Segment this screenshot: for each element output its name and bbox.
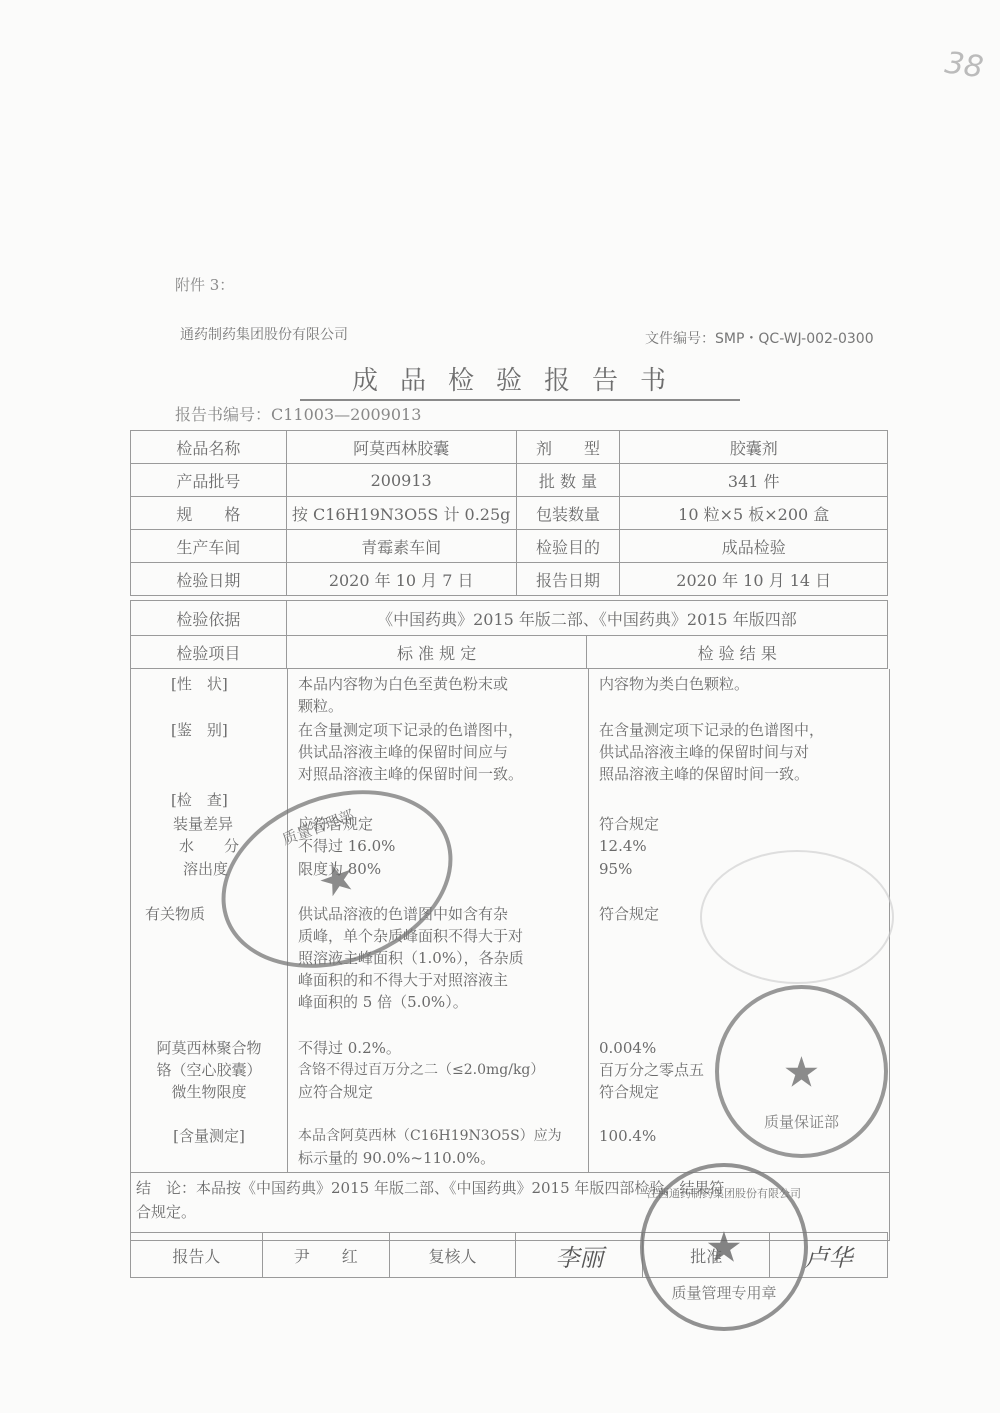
- value-batch-number: 200913: [286, 464, 516, 497]
- attachment-label: 附件 3：: [175, 274, 234, 295]
- star-icon: ★: [783, 1047, 821, 1096]
- std-identification-2: 供试品溶液主峰的保留时间应与: [298, 741, 508, 763]
- value-product-name: 阿莫西林胶囊: [286, 431, 516, 464]
- item-appearance: [性 状]: [131, 673, 287, 695]
- item-assay: [含量测定]: [131, 1125, 287, 1147]
- table-header-row: 检验项目 标 准 规 定 检 验 结 果: [131, 636, 888, 669]
- label-batch-number: 产品批号: [131, 464, 287, 497]
- res-chromium: 百万分之零点五: [599, 1059, 704, 1081]
- value-test-basis: 《中国药典》2015 年版二部、《中国药典》2015 年版四部: [286, 601, 887, 636]
- std-identification-1: 在含量测定项下记录的色谱图中，: [298, 719, 523, 741]
- std-microbial: 应符合规定: [298, 1081, 373, 1103]
- label-specification: 规 格: [131, 497, 287, 530]
- qa-dept-stamp: ★ 质量保证部: [715, 985, 888, 1158]
- value-report-date: 2020 年 10 月 14 日: [620, 563, 888, 596]
- std-chromium: 含铬不得过百万分之二（≤2.0mg/kg）: [298, 1059, 544, 1081]
- res-identification-1: 在含量测定项下记录的色谱图中，: [599, 719, 824, 741]
- item-microbial: 微生物限度: [131, 1081, 287, 1103]
- label-dosage-form: 剂 型: [516, 431, 620, 464]
- std-assay-1: 本品含阿莫西林（C16H19N3O5S）应为: [298, 1125, 562, 1147]
- res-appearance: 内容物为类白色颗粒。: [599, 673, 749, 695]
- reviewer-label: 复核人: [389, 1233, 516, 1278]
- reviewer-signature: 李丽: [516, 1233, 643, 1278]
- res-related: 符合规定: [599, 903, 659, 925]
- item-identification: [鉴 别]: [131, 719, 287, 741]
- table-row: 检验日期 2020 年 10 月 7 日 报告日期 2020 年 10 月 14…: [131, 563, 888, 596]
- res-polymer: 0.004%: [599, 1037, 656, 1059]
- label-purpose: 检验目的: [516, 530, 620, 563]
- quality-seal-stamp: ★ 江西通药制药集团股份有限公司 质量管理专用章: [640, 1163, 808, 1331]
- res-water: 12.4%: [599, 835, 647, 857]
- std-related-4: 峰面积的和不得大于对照溶液主: [298, 969, 508, 991]
- res-assay: 100.4%: [599, 1125, 656, 1147]
- label-batch-quantity: 批 数 量: [516, 464, 620, 497]
- reporter-label: 报告人: [131, 1233, 263, 1278]
- header-result: 检 验 结 果: [587, 636, 888, 669]
- table-row: 检品名称 阿莫西林胶囊 剂 型 胶囊剂: [131, 431, 888, 464]
- basis-table: 检验依据 《中国药典》2015 年版二部、《中国药典》2015 年版四部 检验项…: [130, 600, 888, 669]
- value-package-quantity: 10 粒×5 板×200 盒: [620, 497, 888, 530]
- res-fill-variation: 符合规定: [599, 813, 659, 835]
- page-number-handwritten: 38: [943, 46, 986, 86]
- star-icon: ★: [311, 850, 363, 909]
- table-row: 产品批号 200913 批 数 量 341 件: [131, 464, 888, 497]
- label-test-date: 检验日期: [131, 563, 287, 596]
- table-row: 生产车间 青霉素车间 检验目的 成品检验: [131, 530, 888, 563]
- res-identification-2: 供试品溶液主峰的保留时间与对: [599, 741, 809, 763]
- header-standard: 标 准 规 定: [286, 636, 587, 669]
- std-related-5: 峰面积的 5 倍（5.0%）。: [298, 991, 468, 1013]
- value-dosage-form: 胶囊剂: [620, 431, 888, 464]
- header-test-item: 检验项目: [131, 636, 287, 669]
- label-product-name: 检品名称: [131, 431, 287, 464]
- std-polymer: 不得过 0.2%。: [298, 1037, 401, 1059]
- document-number: 文件编号：SMP・QC-WJ-002-0300: [645, 328, 874, 348]
- res-dissolution: 95%: [599, 858, 632, 880]
- std-assay-2: 标示量的 90.0%~110.0%。: [298, 1147, 495, 1169]
- value-specification: 按 C16H19N3O5S 计 0.25g: [286, 497, 516, 530]
- item-polymer: 阿莫西林聚合物: [131, 1037, 287, 1059]
- value-workshop: 青霉素车间: [286, 530, 516, 563]
- page-title: 成品检验报告书: [300, 360, 740, 401]
- table-row: 规 格 按 C16H19N3O5S 计 0.25g 包装数量 10 粒×5 板×…: [131, 497, 888, 530]
- label-test-basis: 检验依据: [131, 601, 287, 636]
- value-purpose: 成品检验: [620, 530, 888, 563]
- reporter-name: 尹 红: [262, 1233, 389, 1278]
- value-batch-quantity: 341 件: [620, 464, 888, 497]
- faded-stamp: [700, 850, 894, 984]
- label-report-date: 报告日期: [516, 563, 620, 596]
- res-identification-3: 照品溶液主峰的保留时间一致。: [599, 763, 809, 785]
- report-number: 报告书编号：C11003—2009013: [175, 402, 421, 425]
- table-row: 检验依据 《中国药典》2015 年版二部、《中国药典》2015 年版四部: [131, 601, 888, 636]
- product-info-table: 检品名称 阿莫西林胶囊 剂 型 胶囊剂 产品批号 200913 批 数 量 34…: [130, 430, 888, 596]
- label-package-quantity: 包装数量: [516, 497, 620, 530]
- std-appearance-2: 颗粒。: [298, 695, 343, 717]
- label-workshop: 生产车间: [131, 530, 287, 563]
- item-chromium: 铬（空心胶囊）: [131, 1059, 287, 1081]
- std-appearance-1: 本品内容物为白色至黄色粉末或: [298, 673, 508, 695]
- item-check: [检 查]: [131, 789, 287, 811]
- company-name: 通药制药集团股份有限公司: [180, 324, 348, 344]
- star-icon: ★: [705, 1223, 743, 1272]
- res-microbial: 符合规定: [599, 1081, 659, 1103]
- value-test-date: 2020 年 10 月 7 日: [286, 563, 516, 596]
